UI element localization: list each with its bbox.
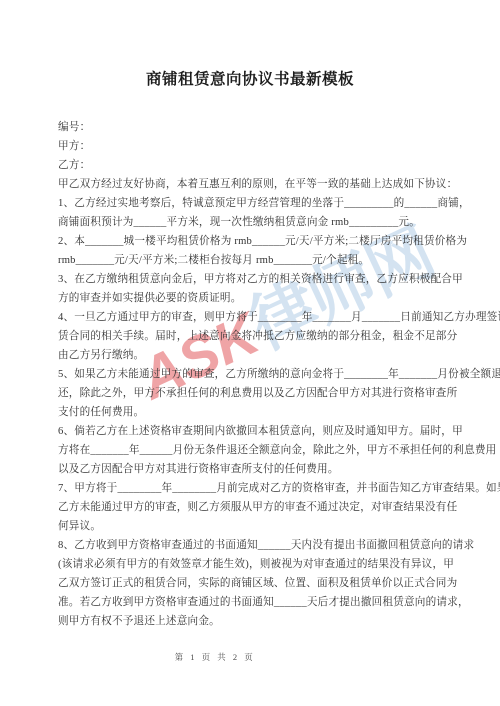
document-line: 支付的任何费用。 <box>58 403 450 422</box>
document-line: 商铺面积预计为______平方米，现一次性缴纳租赁意向金 rmb________… <box>58 213 450 232</box>
document-line: 还，除此之外，甲方不承担任何的利息费用以及乙方因配合甲方对其进行资格审查所 <box>58 384 450 403</box>
document-page: ASK 律师网 商铺租赁意向协议书最新模板 编号： 甲方： 乙方： 甲乙双方经过… <box>0 0 500 706</box>
document-line: 乙双方签订正式的租赁合同，实际的商铺区域、位置、面积及租赁单价以正式合同为 <box>58 574 450 593</box>
document-line: 7、甲方将于________年________月前完成对乙方的资格审查，并书面告… <box>58 479 450 498</box>
document-line: 赁合同的相关手续。届时，上述意向金将冲抵乙方应缴纳的部分租金，租金不足部分 <box>58 327 450 346</box>
document-line: 4、一旦乙方通过甲方的审查，则甲方将于________年_______月____… <box>58 308 450 327</box>
document-line: 甲方： <box>58 137 450 156</box>
document-line: rmb_______元/天/平方米;二楼柜台按每月 rmb_______元/个起… <box>58 251 450 270</box>
document-line: (该请求必须有甲方的有效签章才能生效)，则被视为对审查通过的结果没有异议，甲 <box>58 555 450 574</box>
document-line: 3、在乙方缴纳租赁意向金后，甲方将对乙方的相关资格进行审查，乙方应积极配合甲 <box>58 270 450 289</box>
document-line: 乙方： <box>58 156 450 175</box>
page-number-footer: 第 1 页 共 2 页 <box>0 651 465 663</box>
document-line: 6、倘若乙方在上述资格审查期间内欲撤回本租赁意向，则应及时通知甲方。届时，甲 <box>58 422 450 441</box>
document-line: 由乙方另行缴纳。 <box>58 346 450 365</box>
document-line: 乙方未能通过甲方的审查，则乙方须服从甲方的审查不通过决定，对审查结果没有任 <box>58 498 450 517</box>
document-line: 5、如果乙方未能通过甲方的审查，乙方所缴纳的意向金将于________年____… <box>58 365 450 384</box>
document-line: 准。若乙方收到甲方资格审查通过的书面通知______天后才提出撤回租赁意向的请求… <box>58 593 450 612</box>
document-title: 商铺租赁意向协议书最新模板 <box>0 67 500 89</box>
document-line: 方的审查并如实提供必要的资质证明。 <box>58 289 450 308</box>
document-line: 方将在_______年______月份无条件退还全额意向金，除此之外，甲方不承担… <box>58 441 450 460</box>
document-line: 2、本_______城一楼平均租赁价格为 rmb______元/天/平方米;二楼… <box>58 232 450 251</box>
document-line: 甲乙双方经过友好协商，本着互惠互利的原则，在平等一致的基础上达成如下协议： <box>58 175 450 194</box>
document-body: 编号： 甲方： 乙方： 甲乙双方经过友好协商，本着互惠互利的原则，在平等一致的基… <box>58 118 450 631</box>
document-line: 1、乙方经过实地考察后，特诚意预定甲方经营管理的坐落于_________的___… <box>58 194 450 213</box>
document-line: 何异议。 <box>58 517 450 536</box>
document-line: 8、乙方收到甲方资格审查通过的书面通知______天内没有提出书面撤回租赁意向的… <box>58 536 450 555</box>
document-line: 则甲方有权不予退还上述意向金。 <box>58 612 450 631</box>
document-line: 编号： <box>58 118 450 137</box>
document-line: 以及乙方因配合甲方对其进行资格审查所支付的任何费用。 <box>58 460 450 479</box>
